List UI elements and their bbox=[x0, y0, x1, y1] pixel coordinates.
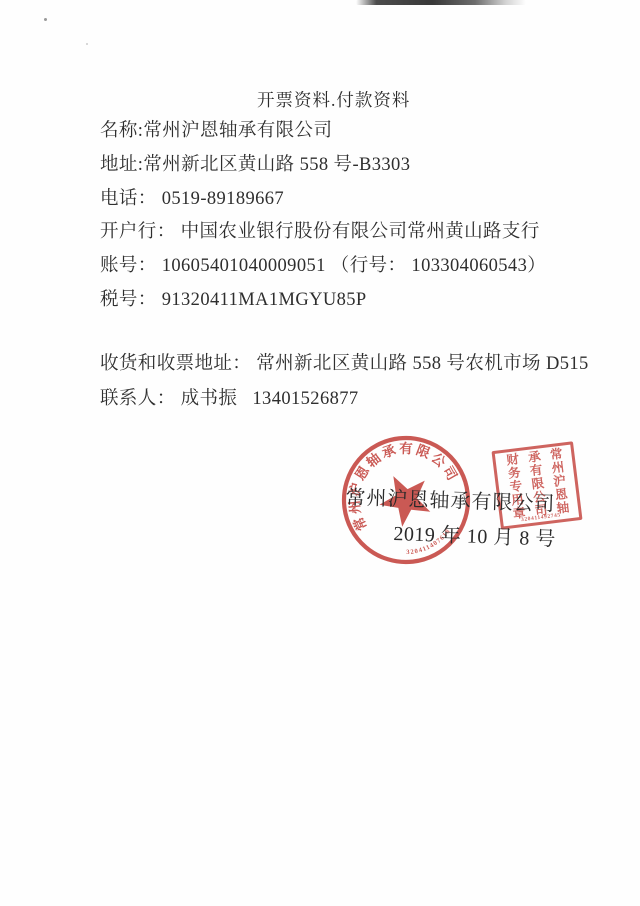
field-address: 地址:常州新北区黄山路 558 号-B3303 bbox=[100, 150, 410, 176]
field-bank: 开户行： 中国农业银行股份有限公司常州黄山路支行 bbox=[100, 217, 540, 243]
field-contact-person: 联系人： 成书振 13401526877 bbox=[100, 384, 359, 410]
field-company-name: 名称:常州沪恩轴承有限公司 bbox=[100, 116, 332, 142]
field-tax-number: 税号： 91320411MA1MGYU85P bbox=[100, 285, 367, 311]
scan-artifact-smudge bbox=[356, 0, 526, 5]
field-account-number: 账号： 10605401040009051 （行号： 103304060543） bbox=[100, 251, 546, 277]
scan-speck bbox=[86, 43, 88, 45]
scan-speck bbox=[44, 18, 47, 21]
document-title: 开票资料.付款资料 bbox=[257, 87, 410, 112]
signature-date: 2019 年 10 月 8 号 bbox=[393, 517, 556, 552]
field-delivery-address: 收货和收票地址： 常州新北区黄山路 558 号农机市场 D515 bbox=[100, 349, 589, 375]
field-phone: 电话： 0519-89189667 bbox=[100, 184, 284, 210]
scanned-document-page: 开票资料.付款资料 名称:常州沪恩轴承有限公司 地址:常州新北区黄山路 558 … bbox=[0, 0, 640, 906]
